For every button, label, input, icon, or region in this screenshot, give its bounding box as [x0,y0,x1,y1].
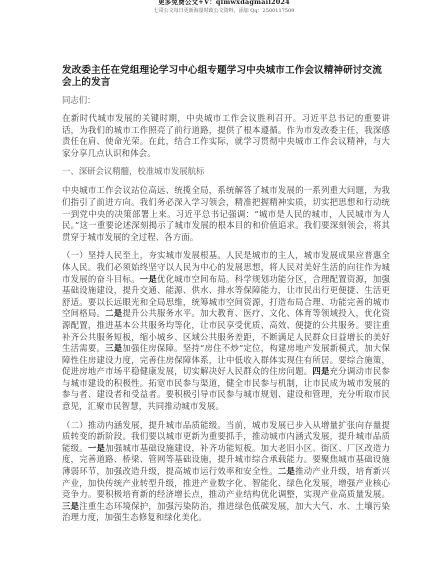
point-label: 四是 [312,366,329,376]
page-header: 更多免费公文+V：qlmwxdagmail2024 七哥公文每日更新海量时政公文… [0,0,448,15]
document-page: 发改委主任在党组理论学习中心组专题学习中央城市工作会议精神研讨交流会上的发言 同… [62,65,390,531]
section1-paragraph: 中央城市工作会议站位高远、统揽全局，系统解答了城市发展的一系列重大问题，为我们指… [62,185,390,243]
point-label: 三是 [62,501,79,511]
header-contact-line: 七哥公文每日更新海量时政公文资料，添加 Qq：2500117509 [0,8,448,15]
point-label: 二是 [105,308,122,318]
point-label: 一是 [140,274,157,284]
salutation: 同志们： [62,95,390,106]
header-promo-line: 更多免费公文+V：qlmwxdagmail2024 [0,0,448,6]
point-label: 二是 [278,466,295,476]
document-title: 发改委主任在党组理论学习中心组专题学习中央城市工作会议精神研讨交流会上的发言 [62,65,390,89]
subsection-1-paragraph: （一）坚持人民至上，夯实城市发展根基。人民是城市的主人，城市发展成果应普惠全体人… [62,250,390,412]
intro-paragraph: 在新时代城市发展的关键时期，中央城市工作会议胜利召开。习近平总书记的重要讲话，为… [62,113,390,159]
point-label: 一是 [88,443,105,453]
point-label: 三是 [105,343,122,353]
section-heading-1: 一、深研会议精髓，校准城市发展航标 [62,166,390,177]
subsection-2-paragraph: （二）推动内涵发展，提升城市品质能级。当前，城市发展已步入从增量扩张向存量提质转… [62,420,390,524]
point-text: 注重生态环境保护，加强污染防治，推进绿色低碳发展，加大大气、水、土壤污染治理力度… [62,501,390,523]
